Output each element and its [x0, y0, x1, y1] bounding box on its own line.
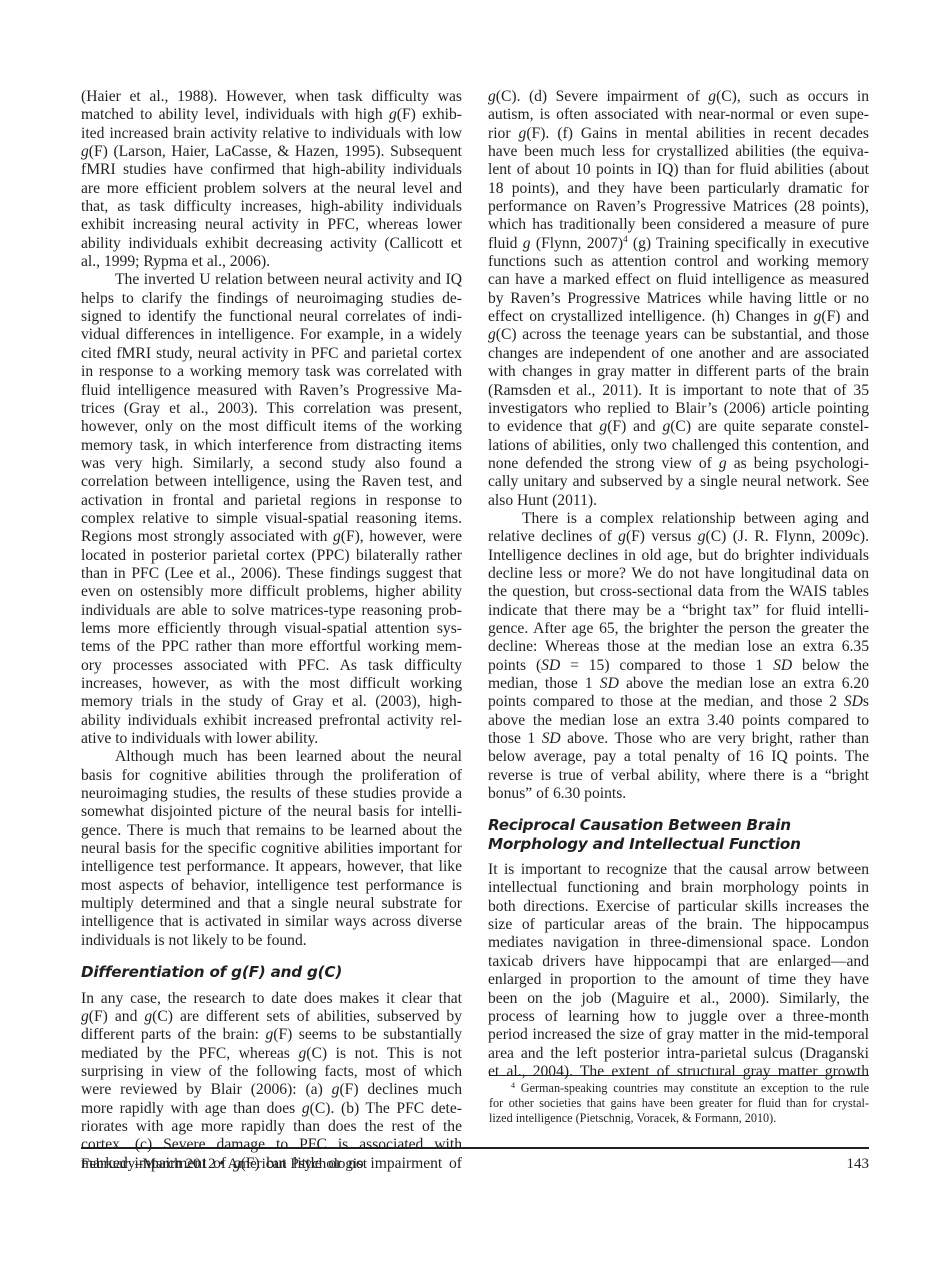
text-line: by Raven’s Progressive Matrices while ha… [488, 290, 869, 308]
text-line: with changes in gray matter in different… [488, 363, 869, 381]
paragraph: g(C). (d) Severe impairment of g(C), suc… [488, 88, 869, 510]
text-line: cally unitary and subserved by a single … [488, 473, 869, 491]
text-line: lent of about 10 points in IQ) than for … [488, 161, 869, 179]
text-line: fluid g (Flynn, 2007)4 (g) Training spec… [488, 235, 869, 253]
right-column: g(C). (d) Severe impairment of g(C), suc… [488, 88, 869, 1081]
paragraph: The inverted U relation between neural a… [81, 271, 462, 748]
heading-line: Reciprocal Causation Between Brain [488, 816, 869, 834]
text-line: (Haier et al., 1988). However, when task… [81, 88, 462, 106]
text-line: have been much less for crystallized abi… [488, 143, 869, 161]
text-line: taxicab drivers have hippocampi that are… [488, 953, 869, 971]
text-line: individuals are able to solve matrices-t… [81, 602, 462, 620]
heading-line: Differentiation of g(F) and g(C) [81, 963, 462, 981]
text-line: most aspects of behavior, intelligence t… [81, 877, 462, 895]
page-number: 143 [847, 1155, 870, 1173]
text-line: basis for cognitive abilities through th… [81, 767, 462, 785]
text-line: riorates with age more rapidly than does… [81, 1118, 462, 1136]
text-line: neural basis for the specific cognitive … [81, 840, 462, 858]
text-line: fMRI studies have confirmed that high-ab… [81, 161, 462, 179]
text-line: are more efficient problem solvers at th… [81, 180, 462, 198]
text-line: There is a complex relationship between … [488, 510, 869, 528]
text-line: complex relative to simple visual-spatia… [81, 510, 462, 528]
text-line: g(C) across the teenage years can be sub… [488, 326, 869, 344]
text-line: area and the left posterior intra-pariet… [488, 1045, 869, 1063]
text-line: memory task, in which interference from … [81, 437, 462, 455]
text-line: located in posterior parietal cortex (PP… [81, 547, 462, 565]
text-line: intelligence test performance. It appear… [81, 858, 462, 876]
text-line: effect on crystallized intelligence. (h)… [488, 308, 869, 326]
text-line: activation in frontal and parietal regio… [81, 492, 462, 510]
text-line: size of particular areas of the brain. T… [488, 916, 869, 934]
text-line: memory trials in the study of Gray et al… [81, 693, 462, 711]
text-line: signed to identify the functional neural… [81, 308, 462, 326]
section-heading: Reciprocal Causation Between BrainMorpho… [488, 816, 869, 853]
text-line: the question, but cross-sectional data f… [488, 583, 869, 601]
text-line: enlarged in proportion to the amount of … [488, 971, 869, 989]
text-line: g(C). (d) Severe impairment of g(C), suc… [488, 88, 869, 106]
text-line: lations of abilities, only two challenge… [488, 437, 869, 455]
text-line: et al., 2004). The extent of structural … [488, 1063, 869, 1081]
text-line: process of learning how to juggle over a… [488, 1008, 869, 1026]
footnote-marker: 4 [511, 1081, 515, 1090]
left-column: (Haier et al., 1988). However, when task… [81, 88, 462, 1173]
text-line: exhibit increasing neural activity in PF… [81, 216, 462, 234]
text-line: intelligence that is activated in simila… [81, 913, 462, 931]
text-line: points compared to those at the median, … [488, 693, 869, 711]
text-line: al., 1999; Rypma et al., 2006). [81, 253, 462, 271]
text-line: median, those 1 SD above the median lose… [488, 675, 869, 693]
text-line: ative to individuals with lower ability. [81, 730, 462, 748]
paragraph: Although much has been learned about the… [81, 748, 462, 950]
text-line: tems of the PPC rather than more effortf… [81, 638, 462, 656]
paragraph: (Haier et al., 1988). However, when task… [81, 88, 462, 271]
text-line: increases, however, as with the most dif… [81, 675, 462, 693]
text-line: ited increased brain activity relative t… [81, 125, 462, 143]
text-line: both directions. Exercise of particular … [488, 898, 869, 916]
text-line: individuals is not likely to be found. [81, 932, 462, 950]
text-line: gence. There is much that remains to be … [81, 822, 462, 840]
journal-page: (Haier et al., 1988). However, when task… [0, 0, 950, 1266]
footnote-line: lized intelligence (Pietschnig, Voracek,… [489, 1111, 869, 1126]
text-line: more rapidly with age than does g(C). (b… [81, 1100, 462, 1118]
text-line: been on the job (Maguire et al., 2000). … [488, 990, 869, 1008]
text-line: vidual differences in intelligence. For … [81, 326, 462, 344]
text-line: cited fMRI study, neural activity in PFC… [81, 345, 462, 363]
footnote-marker: 4 [623, 234, 628, 244]
text-line: Although much has been learned about the… [81, 748, 462, 766]
text-line: intellectual functioning and brain morph… [488, 879, 869, 897]
text-line: decline less or more? We do not have lon… [488, 565, 869, 583]
text-line: (Ramsden et al., 2011). It is important … [488, 382, 869, 400]
text-line: surprising in view of the following fact… [81, 1063, 462, 1081]
text-line: however, only on the most difficult item… [81, 418, 462, 436]
text-line: Intelligence declines in old age, but do… [488, 547, 869, 565]
text-line: above the median lose an extra 3.40 poin… [488, 712, 869, 730]
text-line: lems more efficiently through visual-spa… [81, 620, 462, 638]
text-line: reverse is true of verbal ability, where… [488, 767, 869, 785]
footnote-line: 4 German-speaking countries may constitu… [489, 1081, 869, 1096]
text-line: indicate that there may be a “bright tax… [488, 602, 869, 620]
text-line: helps to clarify the findings of neuroim… [81, 290, 462, 308]
text-line: changes are independent of one another a… [488, 345, 869, 363]
text-line: even on ostensibly more difficult proble… [81, 583, 462, 601]
text-line: functions such as attention control and … [488, 253, 869, 271]
text-line: multiply determined and that a single ne… [81, 895, 462, 913]
text-line: matched to ability level, individuals wi… [81, 106, 462, 124]
text-line: decline: Whereas those at the median los… [488, 638, 869, 656]
text-line: ory processes associated with PFC. As ta… [81, 657, 462, 675]
text-line: autism, is often associated with near-no… [488, 106, 869, 124]
text-line: neuroimaging studies, the results of the… [81, 785, 462, 803]
paragraph: In any case, the research to date does m… [81, 990, 462, 1173]
text-line: mediated by the PFC, whereas g(C) is not… [81, 1045, 462, 1063]
text-line: g(F) and g(C) are different sets of abil… [81, 1008, 462, 1026]
text-line: cortex. (c) Severe damage to PFC is asso… [81, 1136, 462, 1154]
text-line: than in PFC (Lee et al., 2006). These fi… [81, 565, 462, 583]
footnote-4: 4 German-speaking countries may constitu… [489, 1081, 869, 1127]
text-line: to evidence that g(F) and g(C) are quite… [488, 418, 869, 436]
text-line: those 1 SD above. Those who are very bri… [488, 730, 869, 748]
running-footer: February–March 2012 • American Psycholog… [81, 1155, 367, 1173]
text-line: correlation between intelligence, using … [81, 473, 462, 491]
heading-line: Morphology and Intellectual Function [488, 835, 869, 853]
text-line: 18 points), and they have been particula… [488, 180, 869, 198]
text-line: gence. After age 65, the brighter the pe… [488, 620, 869, 638]
text-line: Regions most strongly associated with g(… [81, 528, 462, 546]
text-line: rior g(F). (f) Gains in mental abilities… [488, 125, 869, 143]
text-line: can have a marked effect on fluid intell… [488, 271, 869, 289]
text-line: ability individuals exhibit increased pr… [81, 712, 462, 730]
text-line: In any case, the research to date does m… [81, 990, 462, 1008]
text-line: none defended the strong view of g as be… [488, 455, 869, 473]
footnote-line: for other societies that gains have been… [489, 1096, 869, 1111]
text-line: period increased the size of gray matter… [488, 1026, 869, 1044]
text-line: fluid intelligence measured with Raven’s… [81, 382, 462, 400]
text-line: bonus” of 6.30 points. [488, 785, 869, 803]
text-line: also Hunt (2011). [488, 492, 869, 510]
text-line: in response to a working memory task was… [81, 363, 462, 381]
text-line: mediates navigation in three-dimensional… [488, 934, 869, 952]
section-heading: Differentiation of g(F) and g(C) [81, 963, 462, 981]
text-line: ability individuals exhibit decreasing a… [81, 235, 462, 253]
text-line: performance on Raven’s Progressive Matri… [488, 198, 869, 216]
paragraph: There is a complex relationship between … [488, 510, 869, 804]
text-line: g(F) (Larson, Haier, LaCasse, & Hazen, 1… [81, 143, 462, 161]
text-line: investigators who replied to Blair’s (20… [488, 400, 869, 418]
text-line: which has traditionally been considered … [488, 216, 869, 234]
footnote-divider [489, 1075, 869, 1076]
text-line: was very high. Similarly, a second study… [81, 455, 462, 473]
footer-divider [81, 1147, 869, 1149]
text-line: somewhat disjointed picture of the neura… [81, 803, 462, 821]
text-line: relative declines of g(F) versus g(C) (J… [488, 528, 869, 546]
text-line: The inverted U relation between neural a… [81, 271, 462, 289]
text-line: It is important to recognize that the ca… [488, 861, 869, 879]
paragraph: It is important to recognize that the ca… [488, 861, 869, 1081]
text-line: points (SD = 15) compared to those 1 SD … [488, 657, 869, 675]
text-line: trices (Gray et al., 2003). This correla… [81, 400, 462, 418]
text-line: were reviewed by Blair (2006): (a) g(F) … [81, 1081, 462, 1099]
text-line: different parts of the brain: g(F) seems… [81, 1026, 462, 1044]
text-line: below average, pay a total penalty of 16… [488, 748, 869, 766]
text-line: that, as task difficulty increases, high… [81, 198, 462, 216]
